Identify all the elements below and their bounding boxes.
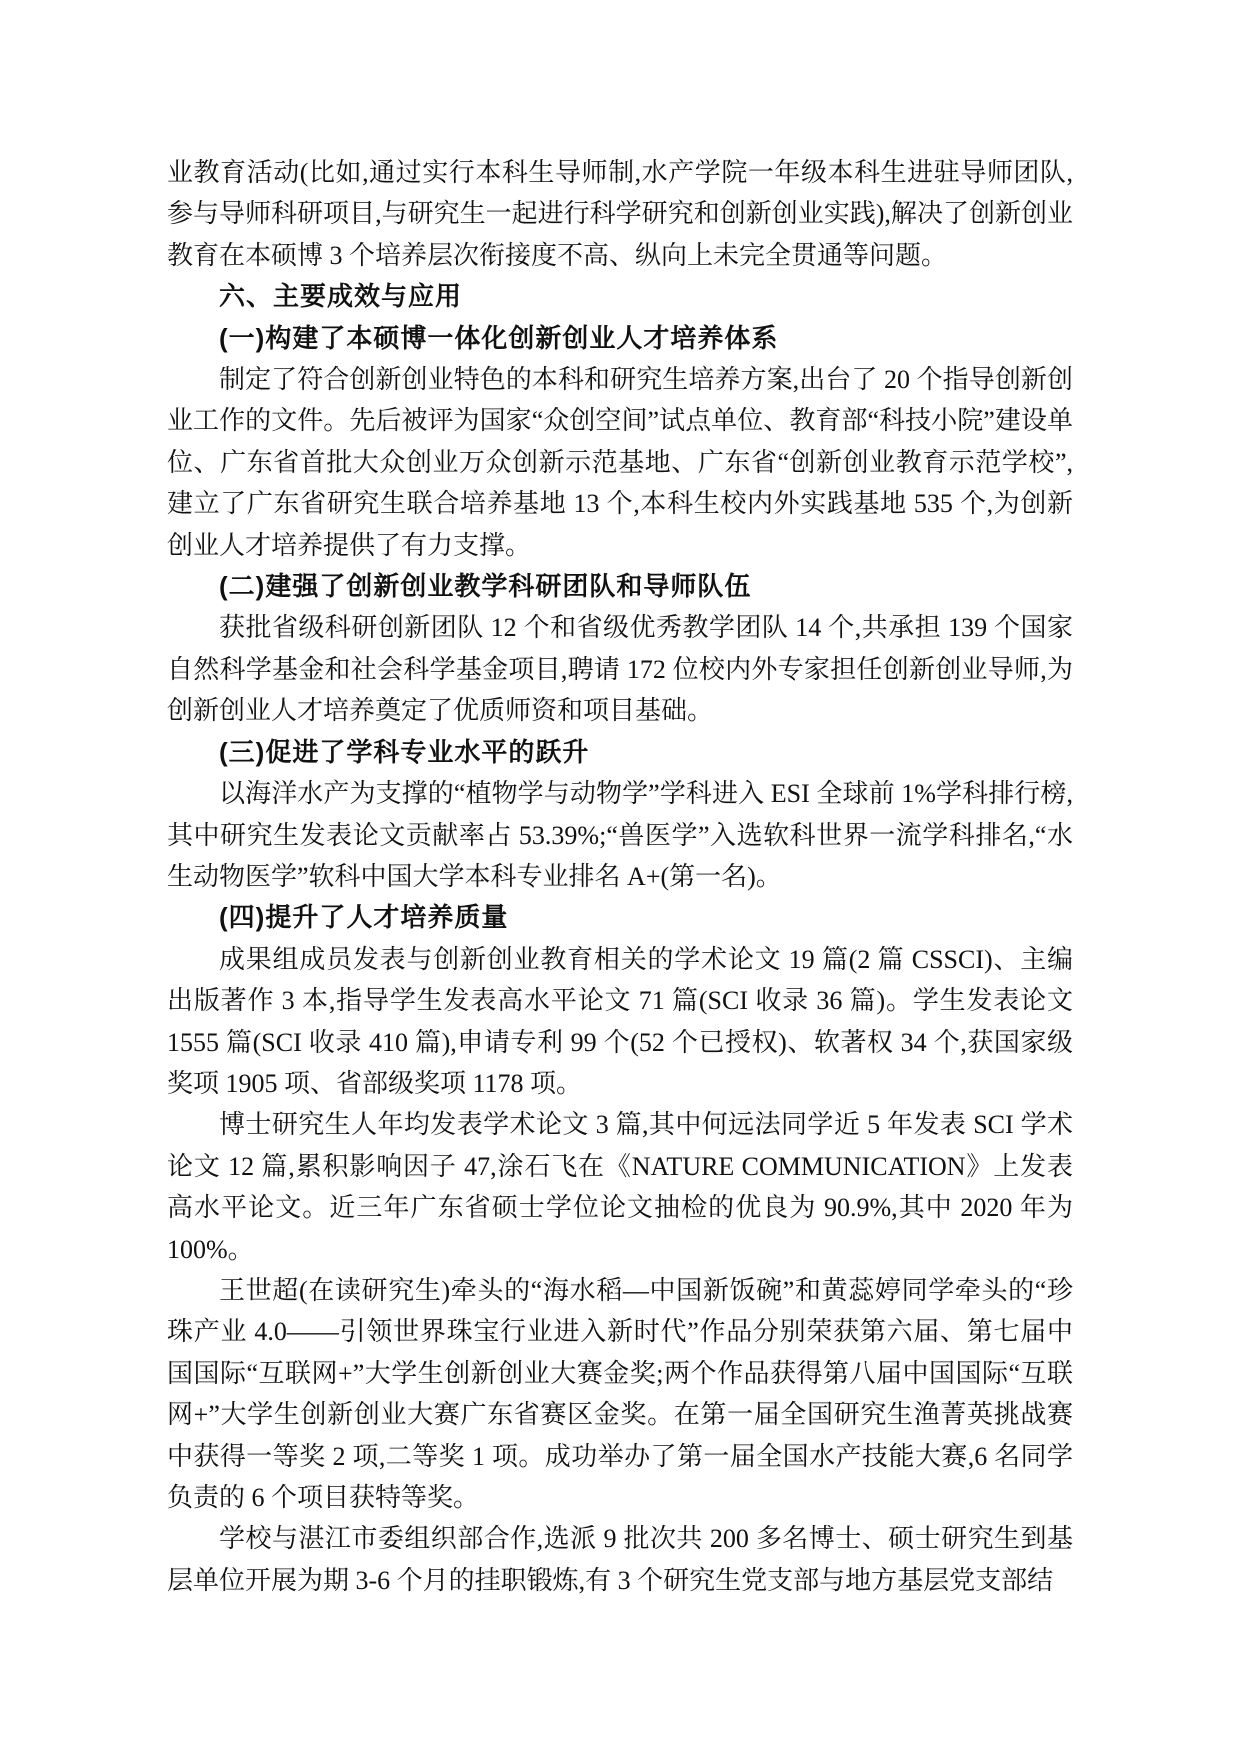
document-page: 业教育活动(比如,通过实行本科生导师制,水产学院一年级本科生进驻导师团队,参与导… <box>0 0 1240 1754</box>
paragraph: 成果组成员发表与创新创业教育相关的学术论文 19 篇(2 篇 CSSCI)、主编… <box>167 939 1073 1105</box>
paragraph: 博士研究生人年均发表学术论文 3 篇,其中何远法同学近 5 年发表 SCI 学术… <box>167 1104 1073 1270</box>
document-content: 业教育活动(比如,通过实行本科生导师制,水产学院一年级本科生进驻导师团队,参与导… <box>167 152 1073 1601</box>
paragraph: 学校与湛江市委组织部合作,选派 9 批次共 200 多名博士、硕士研究生到基层单… <box>167 1518 1073 1601</box>
section-heading: (一)构建了本硕博一体化创新创业人才培养体系 <box>167 318 1073 359</box>
paragraph: 以海洋水产为支撑的“植物学与动物学”学科进入 ESI 全球前 1%学科排行榜,其… <box>167 773 1073 897</box>
paragraph: 获批省级科研创新团队 12 个和省级优秀教学团队 14 个,共承担 139 个国… <box>167 607 1073 731</box>
section-heading: (四)提升了人才培养质量 <box>167 897 1073 938</box>
paragraph: 王世超(在读研究生)牵头的“海水稻—中国新饭碗”和黄蕊婷同学牵头的“珍珠产业 4… <box>167 1270 1073 1518</box>
section-heading: (三)促进了学科专业水平的跃升 <box>167 732 1073 773</box>
paragraph-continued: 业教育活动(比如,通过实行本科生导师制,水产学院一年级本科生进驻导师团队,参与导… <box>167 152 1073 276</box>
section-heading: (二)建强了创新创业教学科研团队和导师队伍 <box>167 566 1073 607</box>
section-heading: 六、主要成效与应用 <box>167 276 1073 317</box>
paragraph: 制定了符合创新创业特色的本科和研究生培养方案,出台了 20 个指导创新创业工作的… <box>167 359 1073 566</box>
